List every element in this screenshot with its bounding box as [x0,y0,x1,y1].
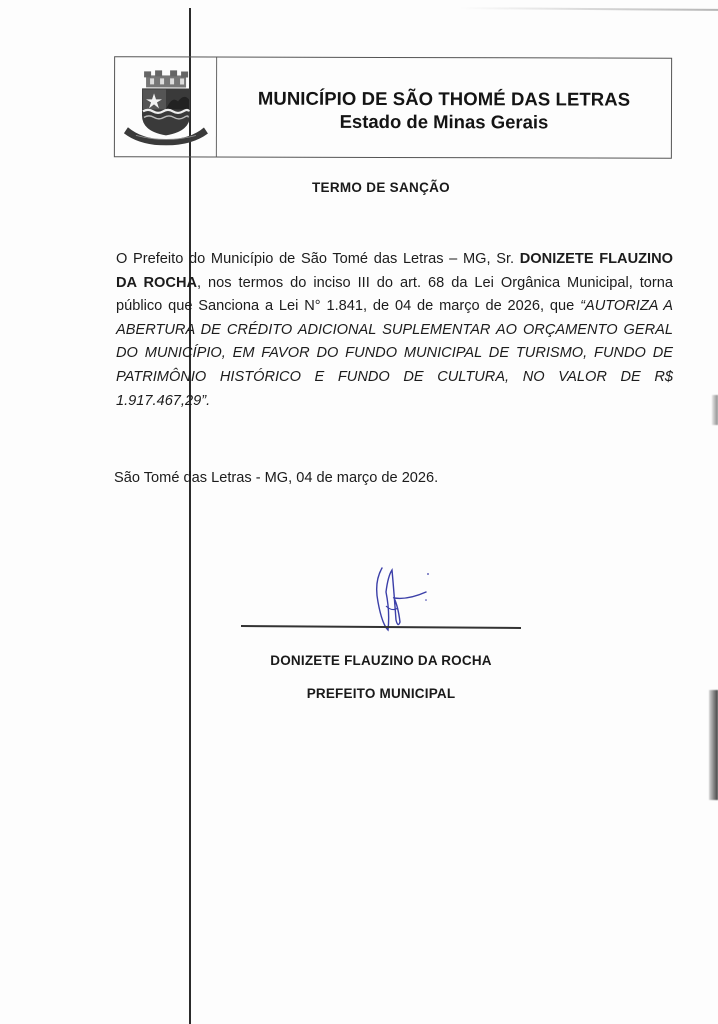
letterhead-title: MUNICÍPIO DE SÃO THOMÉ DAS LETRAS Estado… [217,58,671,158]
sanction-paragraph: O Prefeito do Município de São Tomé das … [116,248,673,413]
scan-artifact-vertical-line [189,8,191,1024]
state-name: Estado de Minas Gerais [340,111,549,134]
place-and-date: São Tomé das Letras - MG, 04 de março de… [114,470,438,486]
municipality-name: MUNICÍPIO DE SÃO THOMÉ DAS LETRAS [258,88,630,111]
document-title: TERMO DE SANÇÃO [0,180,718,195]
municipal-coat-of-arms-icon [121,69,209,145]
handwritten-signature-icon [368,562,438,634]
logo-cell [115,57,217,156]
scan-artifact-right-edge [709,690,718,800]
document-page: MUNICÍPIO DE SÃO THOMÉ DAS LETRAS Estado… [0,0,718,1024]
signer-role: PREFEITO MUNICIPAL [241,686,521,701]
letterhead: MUNICÍPIO DE SÃO THOMÉ DAS LETRAS Estado… [114,56,672,158]
body-text-intro: O Prefeito do Município de São Tomé das … [116,251,520,267]
scan-artifact-top-edge [460,7,718,11]
signer-name: DONIZETE FLAUZINO DA ROCHA [241,653,521,668]
scan-artifact-right-edge [712,395,718,425]
law-summary: “AUTORIZA A ABERTURA DE CRÉDITO ADICIONA… [116,298,673,408]
